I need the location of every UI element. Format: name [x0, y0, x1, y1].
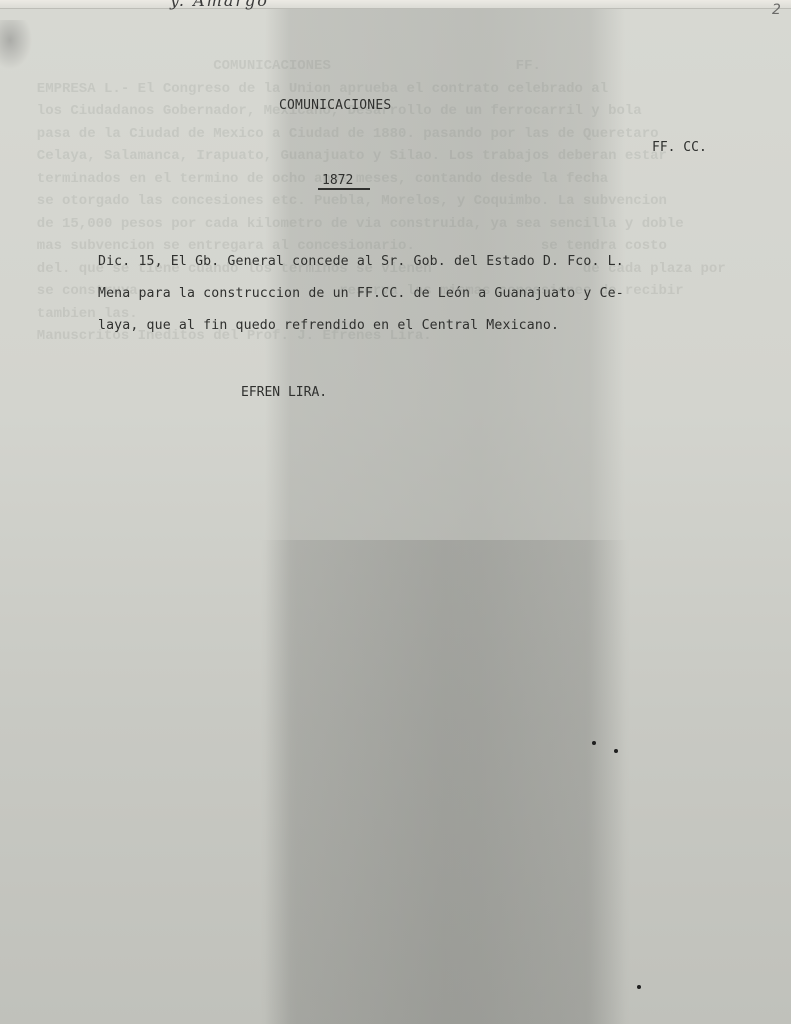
year-underline — [318, 188, 370, 190]
body-line: Mena para la construccion de un FF.CC. d… — [98, 278, 624, 310]
body-line: laya, que al fin quedo refrendido en el … — [98, 310, 624, 342]
bleed-line: se otorgado las concesiones etc. Puebla,… — [20, 190, 726, 213]
ink-dot — [614, 749, 618, 753]
photo-shadow — [260, 540, 630, 1024]
top-paper-edge: y. Amargo — [0, 0, 791, 9]
ink-dot — [637, 985, 641, 989]
signature: EFREN LIRA. — [241, 385, 327, 400]
page-number: 2 — [772, 2, 781, 18]
bleed-line: de 15,000 pesos por cada kilometro de vi… — [20, 213, 726, 236]
bleed-line: Celaya, Salamanca, Irapuato, Guanajuato … — [20, 145, 726, 168]
bleed-line: COMUNICACIONES FF. — [20, 55, 726, 78]
scanned-page: y. Amargo 2 COMUNICACIONES FF. EMPRESA L… — [0, 0, 791, 1024]
handwritten-annotation: y. Amargo — [170, 0, 269, 10]
bleed-line: EMPRESA L.- El Congreso de la Union apru… — [20, 78, 726, 101]
year-label: 1872 — [322, 173, 353, 188]
document-heading: COMUNICACIONES — [279, 98, 391, 113]
bleed-line: terminados en el termino de ocho anos me… — [20, 168, 726, 191]
bleed-line: pasa de la Ciudad de Mexico a Ciudad de … — [20, 123, 726, 146]
body-paragraph: Dic. 15, El Gb. General concede al Sr. G… — [98, 246, 624, 342]
category-label: FF. CC. — [652, 140, 707, 155]
body-line: Dic. 15, El Gb. General concede al Sr. G… — [98, 246, 624, 278]
ink-dot — [592, 741, 596, 745]
